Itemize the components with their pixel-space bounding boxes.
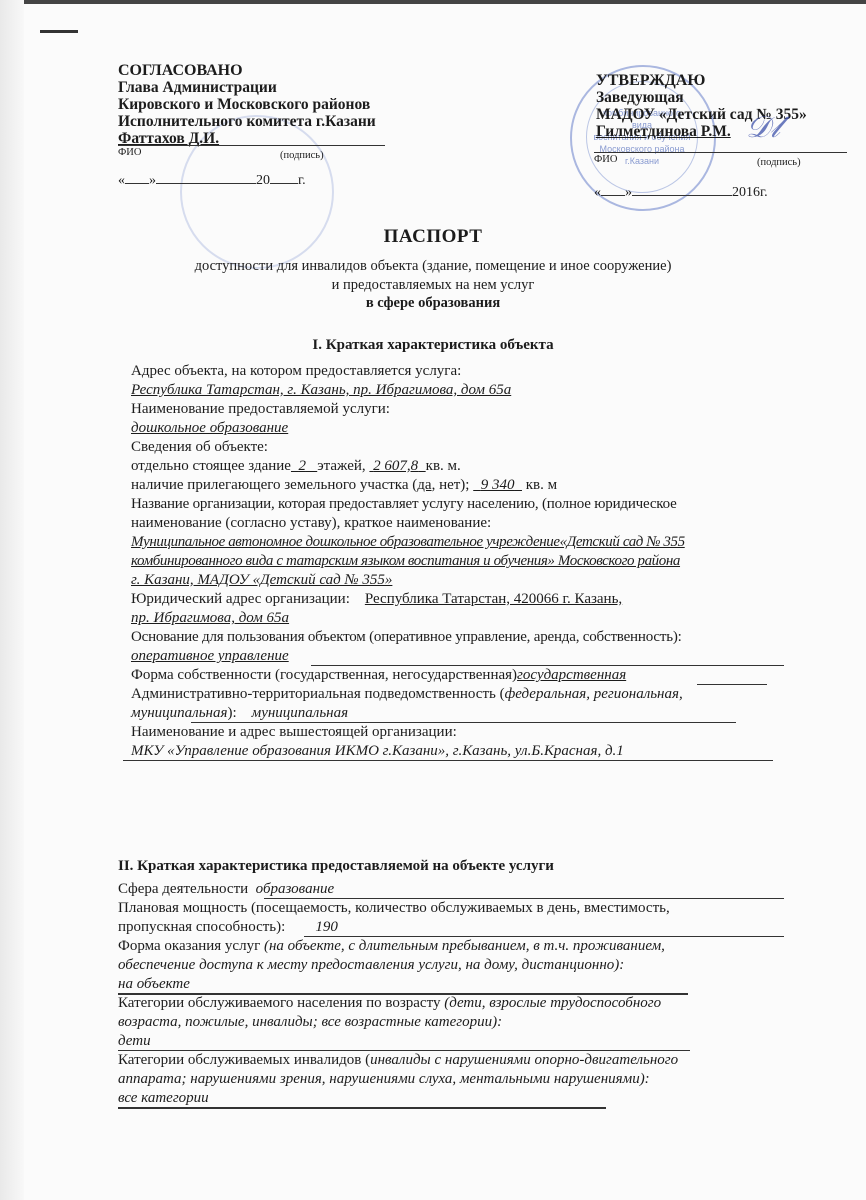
land-row: наличие прилегающего земельного участка …: [131, 476, 811, 495]
parent-value: МКУ «Управление образования ИКМО г.Казан…: [131, 743, 624, 759]
legal-address-value-2: пр. Ибрагимова, дом 65а: [131, 609, 811, 628]
form-row: Форма оказания услуг (на объекте, с длит…: [118, 937, 798, 956]
org-value-3: г. Казани, МАДОУ «Детский сад № 355»: [131, 571, 811, 590]
approval-left: СОГЛАСОВАНО Глава Администрации Кировско…: [118, 62, 376, 147]
approval-left-heading: СОГЛАСОВАНО: [118, 62, 376, 79]
building-row: отдельно стоящее здание 2 этажей, 2 607,…: [131, 457, 811, 476]
legal-address-row: Юридический адрес организации: Республик…: [131, 590, 811, 609]
section-1-body: Адрес объекта, на котором предоставляетс…: [131, 362, 811, 761]
subtitle-line-1: доступности для инвалидов объекта (здани…: [0, 258, 866, 275]
signature-label-left: (подпись): [280, 150, 324, 161]
org-value-1: Муниципальное автономное дошкольное обра…: [131, 533, 811, 552]
fio-label-left: ФИО: [118, 147, 141, 158]
signature-label-right: (подпись): [757, 157, 801, 168]
date-line-left: «»20г.: [118, 173, 306, 189]
age-row: Категории обслуживаемого населения по во…: [118, 994, 798, 1013]
approval-right-heading: УТВЕРЖДАЮ: [596, 72, 807, 89]
approval-left-line: Глава Администрации: [118, 79, 376, 96]
scan-left-edge: [0, 0, 24, 1200]
corner-mark: [40, 30, 78, 33]
basis-row: оперативное управление: [131, 647, 811, 666]
object-info-label: Сведения об объекте:: [131, 438, 811, 457]
basis-label: Основание для пользования объектом (опер…: [131, 628, 811, 647]
sphere-row: Сфера деятельности образование: [118, 880, 798, 899]
parent-row: МКУ «Управление образования ИКМО г.Казан…: [131, 742, 811, 761]
ownership-value: государственная: [517, 667, 626, 683]
ownership-row: Форма собственности (государственная, не…: [131, 666, 811, 685]
jurisdiction-row: Административно-территориальная подведом…: [131, 685, 811, 704]
area-value: 2 607,8: [373, 458, 418, 474]
signature-line-left: [118, 145, 385, 146]
subtitle-line-2: и предоставляемых на нем услуг: [0, 277, 866, 294]
section-1-heading: I. Краткая характеристика объекта: [0, 337, 866, 354]
page-title: ПАСПОРТ: [0, 226, 866, 248]
section-2-body: Сфера деятельности образование Плановая …: [118, 880, 798, 1108]
jurisdiction-value: муниципальная: [252, 705, 348, 721]
address-value: Республика Татарстан, г. Казань, пр. Ибр…: [131, 381, 811, 400]
date-line-right: «»2016г.: [594, 185, 768, 201]
signature-right: 𝒟𝓁: [746, 110, 780, 145]
approval-right-line: Заведующая: [596, 89, 807, 106]
capacity-value: 190: [315, 919, 338, 935]
approval-left-line: Кировского и Московского районов: [118, 96, 376, 113]
sphere-value: образование: [256, 881, 335, 897]
capacity-label-1: Плановая мощность (посещаемость, количес…: [118, 899, 798, 918]
subtitle-line-3: в сфере образования: [0, 295, 866, 312]
form-value-row: на объекте: [118, 975, 798, 994]
section-2-heading: II. Краткая характеристика предоставляем…: [118, 858, 554, 875]
scan-top-edge: [0, 0, 866, 4]
floors-value: 2: [298, 458, 306, 474]
org-label-1: Название организации, которая предоставл…: [131, 495, 811, 514]
service-label: Наименование предоставляемой услуги:: [131, 400, 811, 419]
org-value-2: комбинированного вида с татарским языком…: [131, 552, 811, 571]
address-label: Адрес объекта, на котором предоставляетс…: [131, 362, 811, 381]
service-value: дошкольное образование: [131, 419, 811, 438]
age-value-row: дети: [118, 1032, 798, 1051]
fio-label-right: ФИО: [594, 154, 617, 165]
form-value: на объекте: [118, 976, 190, 992]
signature-line-right: [594, 152, 847, 153]
disabled-value-row: все категории: [118, 1089, 798, 1108]
land-area-value: 9 340: [481, 477, 515, 493]
parent-label: Наименование и адрес вышестоящей организ…: [131, 723, 811, 742]
age-options-2: возраста, пожилые, инвалиды; все возраст…: [118, 1013, 798, 1032]
basis-value: оперативное управление: [131, 648, 289, 664]
approval-left-line: Исполнительного комитета г.Казани: [118, 113, 376, 130]
age-value: дети: [118, 1033, 151, 1049]
org-label-2: наименование (согласно уставу), краткое …: [131, 514, 811, 533]
disabled-row: Категории обслуживаемых инвалидов (инвал…: [118, 1051, 798, 1070]
legal-address-value: Республика Татарстан, 420066 г. Казань,: [365, 591, 622, 607]
capacity-row: пропускная способность): 190: [118, 918, 798, 937]
disabled-options-2: аппарата; нарушениями зрения, нарушениям…: [118, 1070, 798, 1089]
disabled-value: все категории: [118, 1090, 209, 1106]
form-options-2: обеспечение доступа к месту предоставлен…: [118, 956, 798, 975]
jurisdiction-row-2: муниципальная): муниципальная: [131, 704, 811, 723]
